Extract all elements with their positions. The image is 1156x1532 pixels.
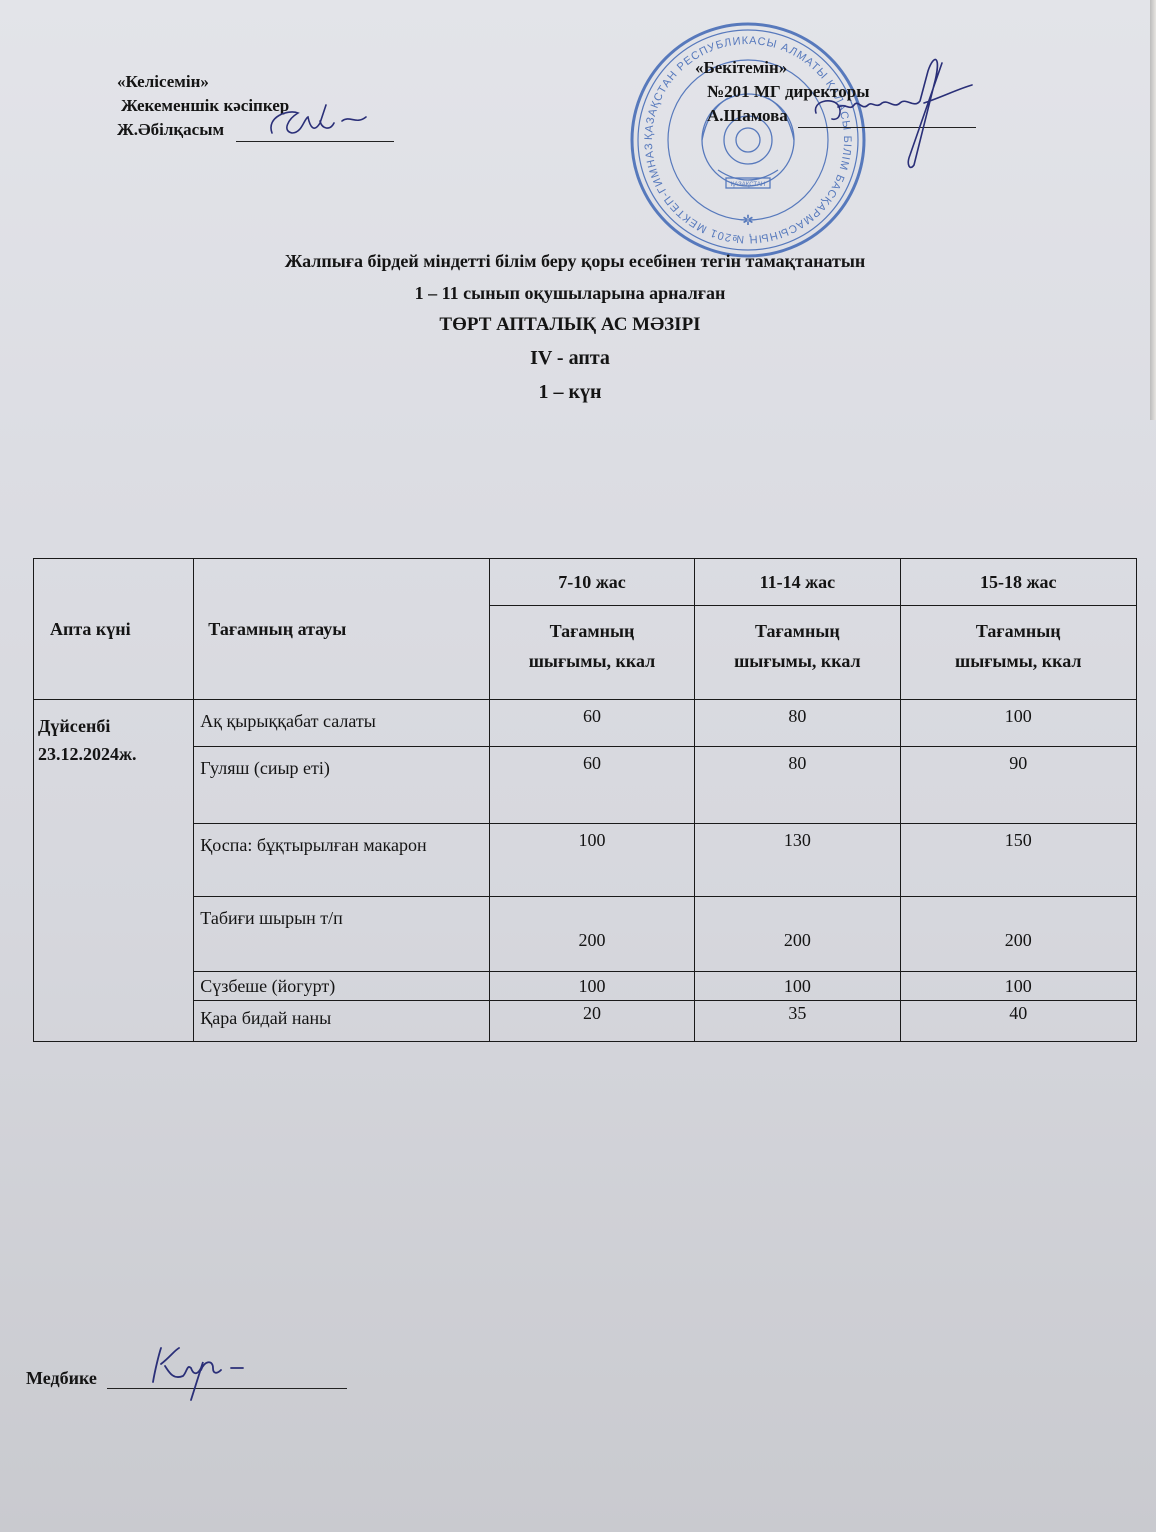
header-yield: Тағамныңшығымы, ккал — [489, 606, 694, 700]
kcal-value: 20 — [489, 1001, 694, 1042]
kcal-value: 35 — [695, 1001, 900, 1042]
dish-name: Табиғи шырын т/п — [194, 897, 490, 972]
dish-name: Қоспа: бұқтырылған макарон — [194, 824, 490, 897]
kcal-value: 100 — [489, 824, 694, 897]
title-line-1: Жалпыға бірдей міндетті білім беру қоры … — [10, 248, 1140, 274]
dish-name: Қара бидай наны — [194, 1001, 490, 1042]
table-row: Дүйсенбі 23.12.2024ж. Ақ қырыққабат сала… — [34, 700, 1137, 747]
kcal-value: 100 — [489, 972, 694, 1001]
approval-right-name: А.Шамова — [707, 106, 788, 125]
week-label: IV - апта — [0, 344, 1140, 372]
nurse-signature-block: Медбике — [26, 1368, 347, 1389]
table-header-row: Апта күні Тағамның атауы 7-10 жас 11-14 … — [34, 559, 1137, 606]
document-title: Жалпыға бірдей міндетті білім беру қоры … — [0, 248, 1140, 406]
approval-left-name: Ж.Әбілқасым — [117, 120, 224, 139]
header-yield: Тағамныңшығымы, ккал — [695, 606, 900, 700]
header-age-15-18: 15-18 жас — [900, 559, 1136, 606]
kcal-value: 80 — [695, 747, 900, 824]
day-date: 23.12.2024ж. — [38, 740, 193, 768]
page-edge — [1150, 0, 1156, 420]
approval-right-heading: «Бекітемін» — [695, 56, 976, 80]
menu-table: Апта күні Тағамның атауы 7-10 жас 11-14 … — [33, 558, 1137, 1042]
title-line-3: ТӨРТ АПТАЛЫҚ АС МӘЗІРІ — [0, 312, 1140, 338]
kcal-value: 60 — [489, 700, 694, 747]
table-row: Қоспа: бұқтырылған макарон 100 130 150 — [34, 824, 1137, 897]
approval-left-heading: «Келісемін» — [117, 70, 394, 94]
day-cell: Дүйсенбі 23.12.2024ж. — [34, 700, 194, 1042]
emblem-label: ҚАЗАҚСТАН — [731, 182, 766, 188]
approval-left-role: Жекеменшік кәсіпкер — [117, 94, 394, 118]
approval-right-signature-line — [798, 109, 976, 128]
kcal-value: 100 — [900, 972, 1136, 1001]
approval-right-role: №201 МГ директоры — [695, 80, 976, 104]
dish-name: Сүзбеше (йогурт) — [194, 972, 490, 1001]
signature-icon — [143, 1340, 263, 1402]
title-line-2: 1 – 11 сынып оқушыларына арналған — [0, 280, 1140, 306]
header-age-7-10: 7-10 жас — [489, 559, 694, 606]
kcal-value: 60 — [489, 747, 694, 824]
approval-left-signature-line — [236, 123, 394, 142]
kcal-value: 150 — [900, 824, 1136, 897]
approval-right-block: «Бекітемін» №201 МГ директоры А.Шамова — [695, 56, 976, 128]
approval-left-block: «Келісемін» Жекеменшік кәсіпкер Ж.Әбілқа… — [117, 70, 394, 142]
header-yield: Тағамныңшығымы, ккал — [900, 606, 1136, 700]
dish-name: Гуляш (сиыр еті) — [194, 747, 490, 824]
nurse-label: Медбике — [26, 1368, 97, 1388]
stamp-ring-text: ҚАЗАҚСТАН РЕСПУБЛИКАСЫ АЛМАТЫ ҚАЛАСЫ БІЛ… — [628, 20, 853, 245]
header-day: Апта күні — [34, 559, 194, 700]
table-row: Табиғи шырын т/п 200 200 200 — [34, 897, 1137, 972]
kcal-value: 100 — [695, 972, 900, 1001]
kcal-value: 40 — [900, 1001, 1136, 1042]
day-label: 1 – күн — [0, 378, 1140, 406]
dish-name: Ақ қырыққабат салаты — [194, 700, 490, 747]
kcal-value: 200 — [695, 897, 900, 972]
kcal-value: 130 — [695, 824, 900, 897]
svg-text:ҚАЗАҚСТАН РЕСПУБЛИКАСЫ АЛМАТЫ: ҚАЗАҚСТАН РЕСПУБЛИКАСЫ АЛМАТЫ ҚАЛАСЫ БІЛ… — [628, 20, 853, 245]
kcal-value: 200 — [900, 897, 1136, 972]
table-row: Сүзбеше (йогурт) 100 100 100 — [34, 972, 1137, 1001]
snowflake-icon: ✲ — [742, 214, 754, 229]
kcal-value: 200 — [489, 897, 694, 972]
header-dish: Тағамның атауы — [194, 559, 490, 700]
nurse-signature-line — [107, 1368, 347, 1389]
table-row: Қара бидай наны 20 35 40 — [34, 1001, 1137, 1042]
day-name: Дүйсенбі — [38, 712, 193, 740]
kcal-value: 80 — [695, 700, 900, 747]
kcal-value: 90 — [900, 747, 1136, 824]
header-age-11-14: 11-14 жас — [695, 559, 900, 606]
table-row: Гуляш (сиыр еті) 60 80 90 — [34, 747, 1137, 824]
kcal-value: 100 — [900, 700, 1136, 747]
